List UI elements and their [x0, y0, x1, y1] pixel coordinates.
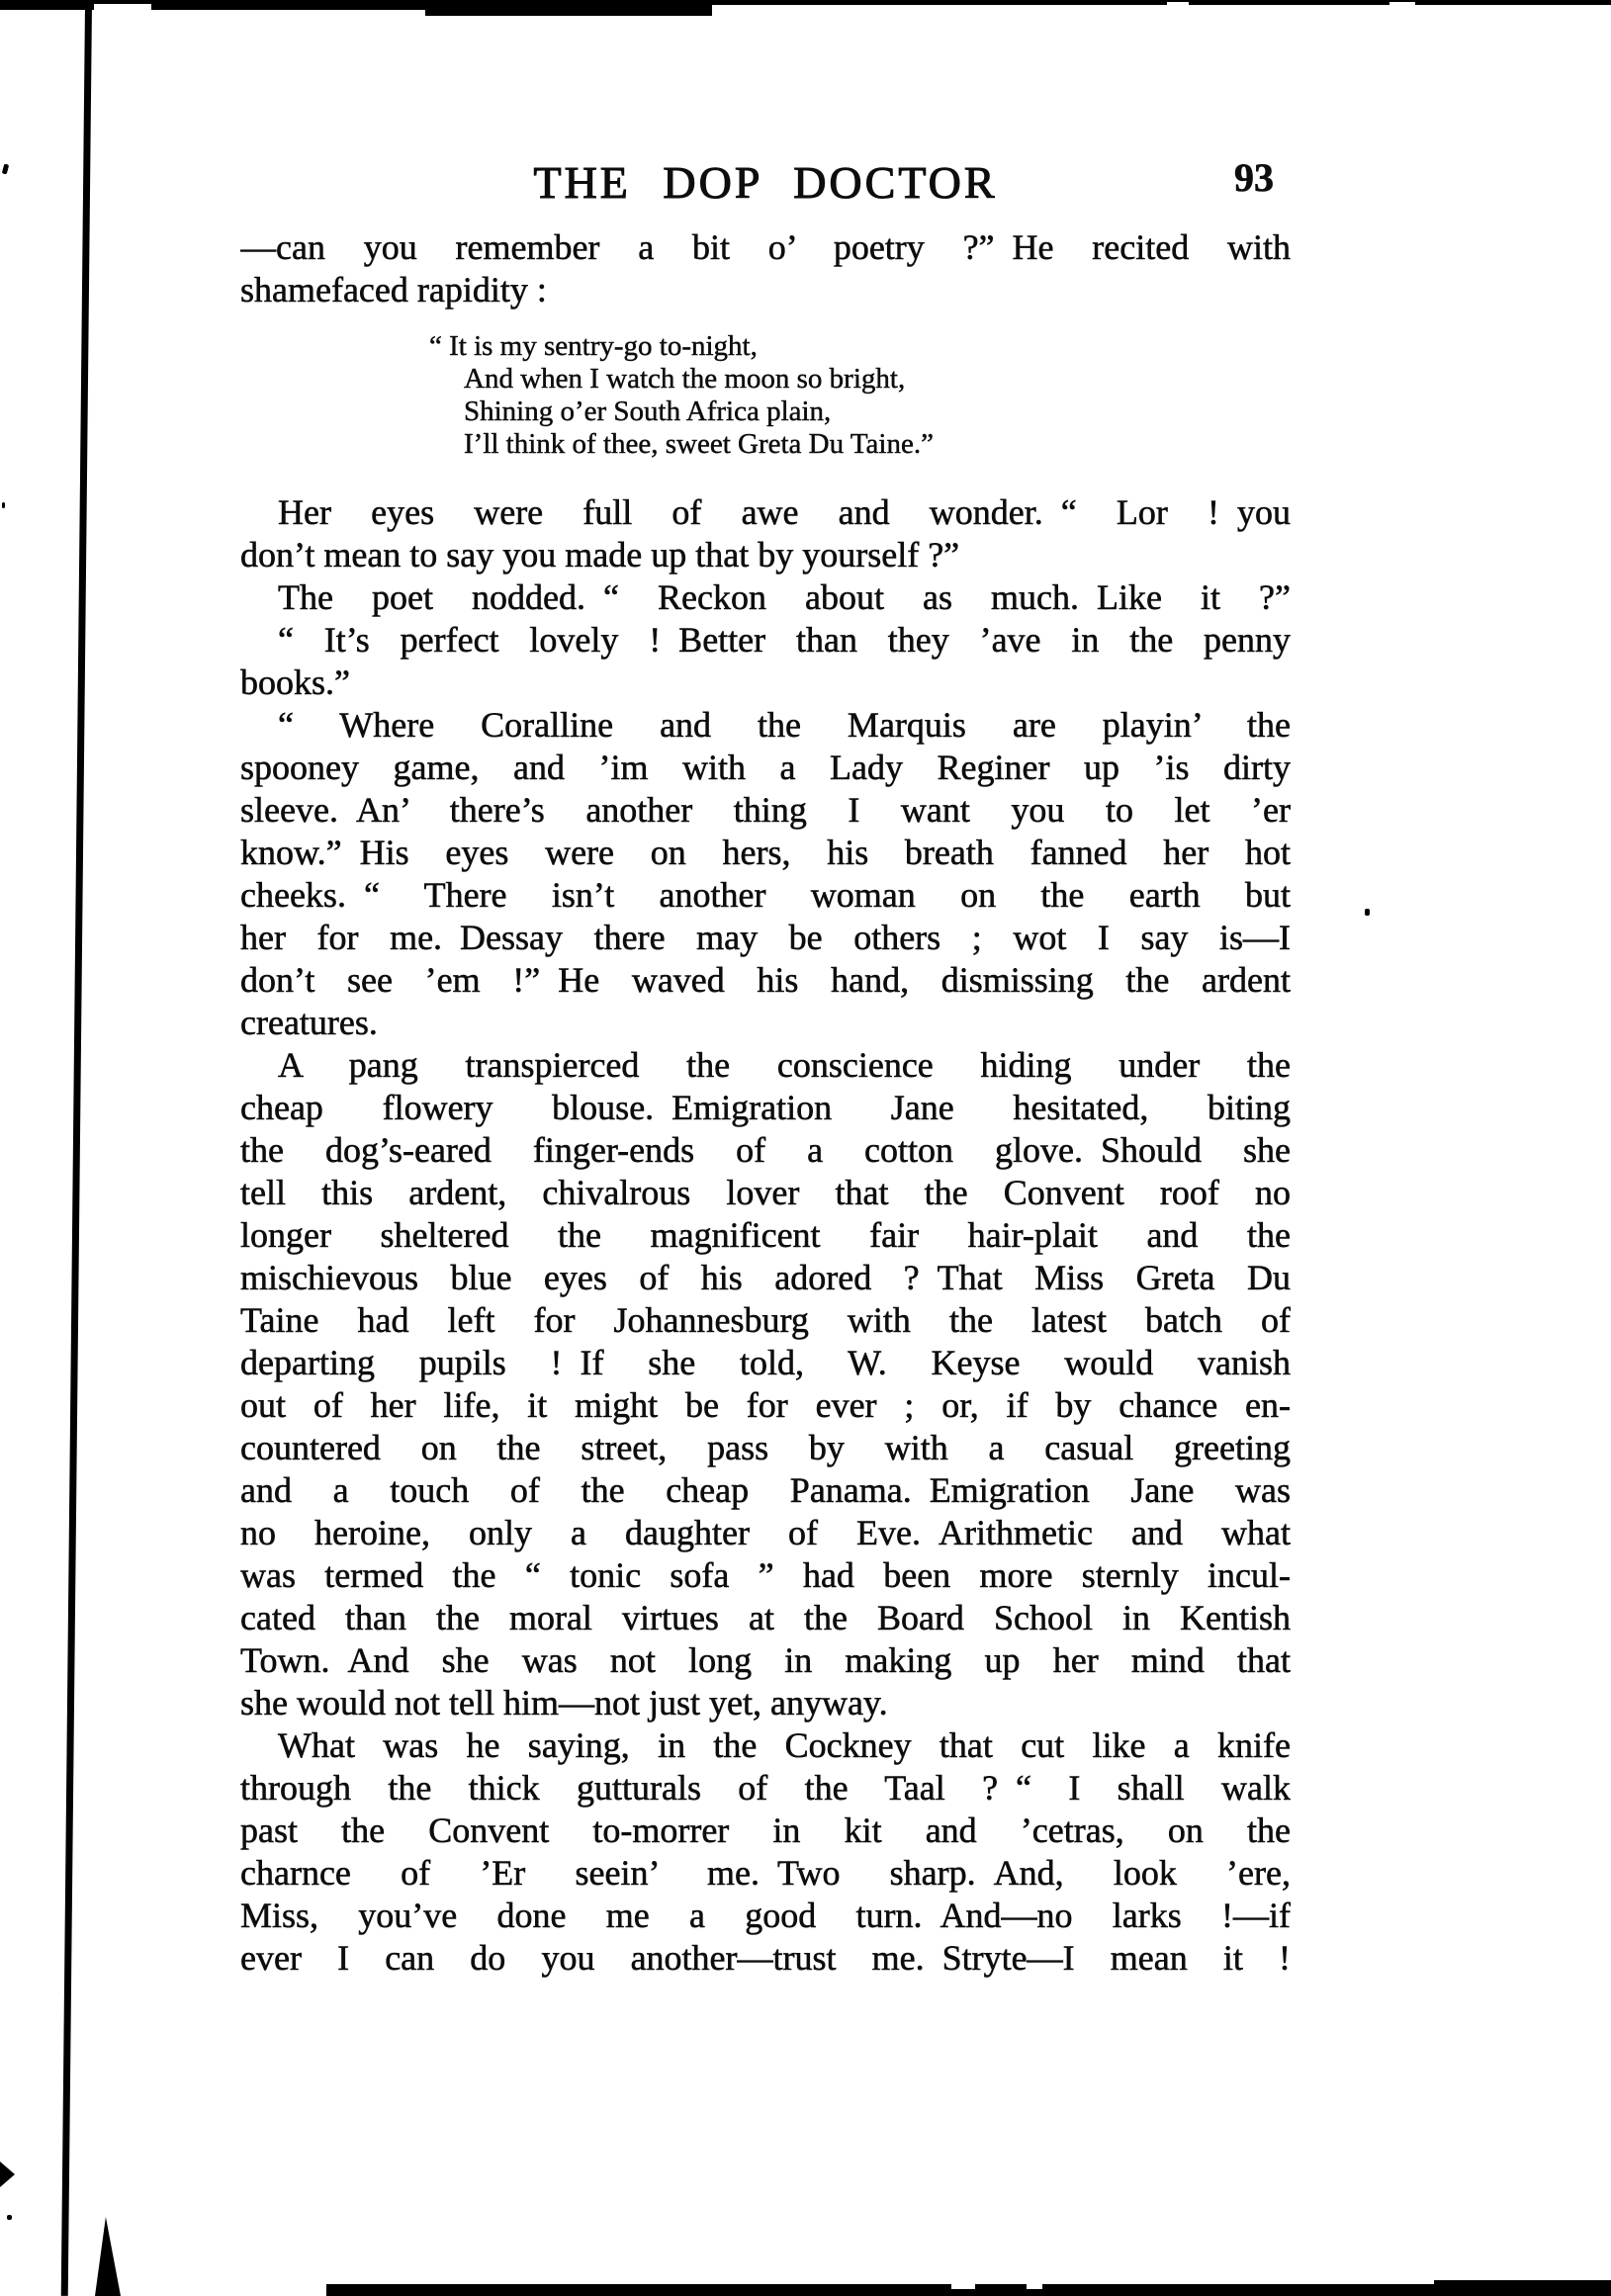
text-line: creatures.	[240, 1002, 1291, 1044]
text-line: she would not tell him—not just yet, any…	[240, 1682, 1291, 1724]
spine-line-flare	[95, 2217, 121, 2296]
text-line: What was he saying, in the Cockney that …	[240, 1724, 1291, 1767]
text-line: Town. And she was not long in making up …	[240, 1639, 1291, 1682]
paragraph: The poet nodded. “ Reckon about as much.…	[240, 576, 1291, 619]
text-line: sleeve. An’ there’s another thing I want…	[240, 789, 1291, 832]
bottom-edge-gap-2	[1027, 2284, 1042, 2289]
text-line: cheeks. “ There isn’t another woman on t…	[240, 874, 1291, 917]
ink-speck-2	[7, 2215, 12, 2220]
top-edge-bar-right	[692, 0, 1611, 5]
top-edge-bar-bump	[425, 0, 712, 16]
paragraph: What was he saying, in the Cockney that …	[240, 1724, 1291, 1980]
text-line: no heroine, only a daughter of Eve. Arit…	[240, 1512, 1291, 1554]
text-line: “ It’s perfect lovely ! Better than they…	[240, 619, 1291, 662]
text-line: the dog’s-eared finger-ends of a cotton …	[240, 1129, 1291, 1172]
text-line: was termed the “ tonic sofa ” had been m…	[240, 1554, 1291, 1597]
text-line: —can you remember a bit o’ poetry ?” He …	[240, 226, 1291, 269]
paragraph: A pang transpierced the conscience hidin…	[240, 1044, 1291, 1724]
poem-line: And when I watch the moon so bright,	[429, 363, 1291, 396]
text-line: departing pupils ! If she told, W. Keyse…	[240, 1342, 1291, 1384]
paragraph: —can you remember a bit o’ poetry ?” He …	[240, 226, 1291, 311]
text-line: past the Convent to-morrer in kit and ’c…	[240, 1810, 1291, 1852]
scanned-book-page: THE DOP DOCTOR 93 —can you remember a bi…	[0, 0, 1611, 2296]
bottom-edge-bar-thick	[1434, 2280, 1611, 2296]
text-line: spooney game, and ’im with a Lady Regine…	[240, 747, 1291, 789]
spine-line	[61, 4, 92, 2296]
text-line: cheap flowery blouse. Emigration Jane he…	[240, 1087, 1291, 1129]
paragraph: Her eyes were full of awe and wonder. “ …	[240, 491, 1291, 576]
poem-block: “ It is my sentry-go to-night,And when I…	[429, 330, 1291, 461]
top-edge-bar-gap	[94, 4, 151, 18]
text-column: —can you remember a bit o’ poetry ?” He …	[240, 226, 1291, 1980]
poem-line: Shining o’er South Africa plain,	[429, 396, 1291, 428]
text-line: mischievous blue eyes of his adored ? Th…	[240, 1257, 1291, 1299]
text-line: cated than the moral virtues at the Boar…	[240, 1597, 1291, 1639]
ink-speck-1	[1365, 909, 1370, 916]
edge-arrow-mark	[0, 2162, 15, 2187]
ink-speck-4	[2, 502, 5, 508]
text-line: charnce of ’Er seein’ me. Two sharp. And…	[240, 1852, 1291, 1895]
poem-line: “ It is my sentry-go to-night,	[429, 330, 1291, 363]
top-edge-gap-3	[1389, 2, 1415, 8]
text-line: books.”	[240, 662, 1291, 704]
paragraph: “ It’s perfect lovely ! Better than they…	[240, 619, 1291, 704]
text-line: longer sheltered the magnificent fair ha…	[240, 1214, 1291, 1257]
text-line: A pang transpierced the conscience hidin…	[240, 1044, 1291, 1087]
text-line: shamefaced rapidity :	[240, 269, 1291, 311]
text-line: her for me. Dessay there may be others ;…	[240, 917, 1291, 959]
text-line: don’t see ’em !” He waved his hand, dism…	[240, 959, 1291, 1002]
text-line: know.” His eyes were on hers, his breath…	[240, 832, 1291, 874]
text-line: Miss, you’ve done me a good turn. And—no…	[240, 1895, 1291, 1937]
text-line: Her eyes were full of awe and wonder. “ …	[240, 491, 1291, 534]
text-line: through the thick gutturals of the Taal …	[240, 1767, 1291, 1810]
text-line: don’t mean to say you made up that by yo…	[240, 534, 1291, 576]
text-line: and a touch of the cheap Panama. Emigrat…	[240, 1469, 1291, 1512]
poem-line: I’ll think of thee, sweet Greta Du Taine…	[429, 428, 1291, 461]
paragraph: “ Where Coralline and the Marquis are pl…	[240, 704, 1291, 1044]
text-line: out of her life, it might be for ever ; …	[240, 1384, 1291, 1427]
text-line: countered on the street, pass by with a …	[240, 1427, 1291, 1469]
bottom-edge-gap-1	[951, 2284, 975, 2289]
text-line: “ Where Coralline and the Marquis are pl…	[240, 704, 1291, 747]
text-line: ever I can do you another—trust me. Stry…	[240, 1937, 1291, 1980]
text-line: tell this ardent, chivalrous lover that …	[240, 1172, 1291, 1214]
page-number: 93	[1234, 154, 1274, 201]
text-line: The poet nodded. “ Reckon about as much.…	[240, 576, 1291, 619]
top-edge-gap-2	[1167, 2, 1189, 8]
page-title: THE DOP DOCTOR	[240, 156, 1291, 209]
text-line: Taine had left for Johannesburg with the…	[240, 1299, 1291, 1342]
ink-speck-3	[2, 164, 9, 175]
